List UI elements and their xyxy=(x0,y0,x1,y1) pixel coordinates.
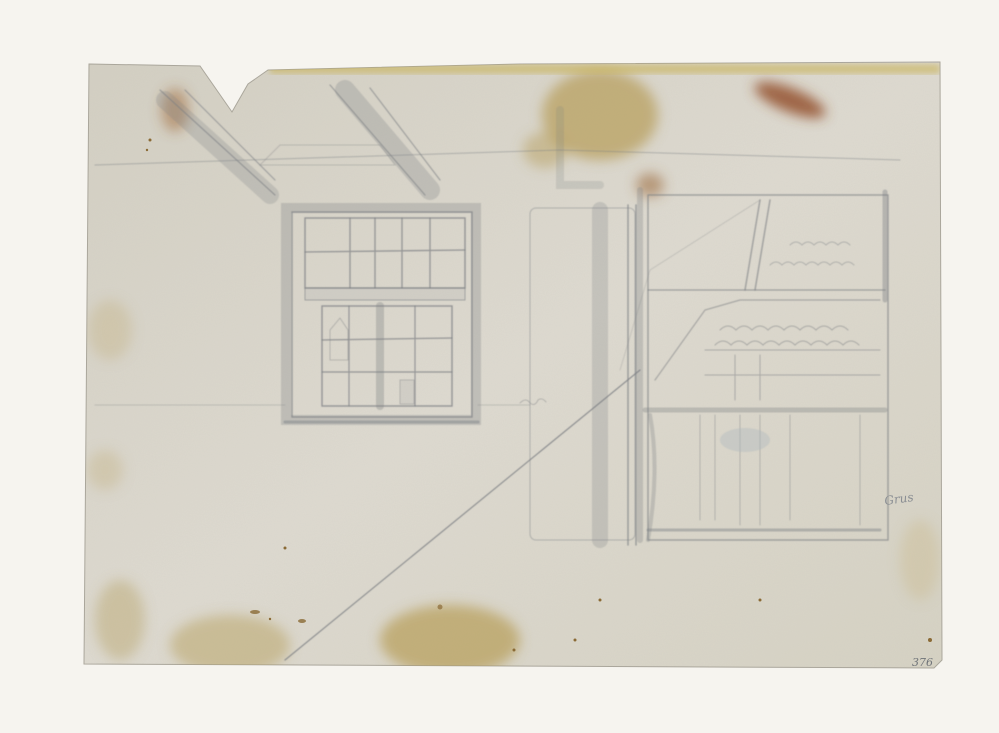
sketch-scene: Grus 376 xyxy=(0,0,999,733)
inventory-number: 376 xyxy=(912,656,933,669)
